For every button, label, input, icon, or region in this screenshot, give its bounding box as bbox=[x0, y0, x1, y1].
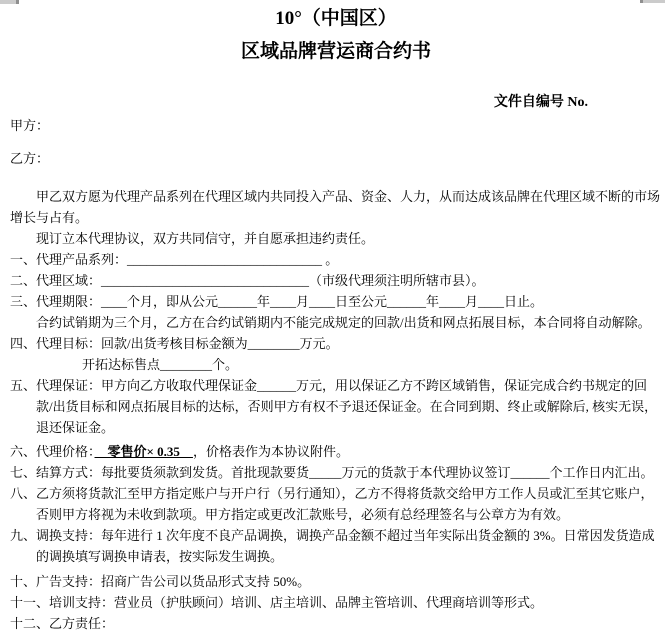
clause-6-agency-price: 六、代理价格： 零售价× 0.35 ，价格表作为本协议附件。 bbox=[10, 441, 662, 462]
clause-9-exchange-support: 九、调换支持：每年进行 1 次年度不良产品调换，调换产品金额不超过当年实际出货金… bbox=[10, 525, 662, 567]
clause-7-settlement-method: 七、结算方式：每批要货须款到发货。首批现款要货_____万元的货款于本代理协议签… bbox=[10, 462, 662, 483]
clause-5-agency-deposit: 五、代理保证：甲方向乙方收取代理保证金______万元，用以保证乙方不跨区域销售… bbox=[10, 375, 662, 438]
contract-document-page: 10°（中国区） 区域品牌营运商合约书 文件自编号 No. 甲方： 乙方： 甲乙… bbox=[0, 0, 665, 634]
document-content: 10°（中国区） 区域品牌营运商合约书 文件自编号 No. 甲方： 乙方： 甲乙… bbox=[0, 0, 665, 634]
document-title-brand: 10°（中国区） bbox=[10, 0, 662, 31]
document-number-label: 文件自编号 No. bbox=[10, 94, 662, 112]
intro-paragraph: 甲乙双方愿为代理产品系列在代理区域内共同投入产品、资金、人力，从而达成该品牌在代… bbox=[10, 186, 662, 228]
clause-6-prefix: 六、代理价格： bbox=[10, 444, 95, 459]
page-edge-artifact-right bbox=[640, 0, 665, 3]
clause-4-agency-target: 四、代理目标：回款/出货考核目标金额为________万元。 bbox=[10, 333, 662, 354]
clause-10-advertising-support: 十、广告支持：招商广告公司以货品形式支持 50%。 bbox=[10, 571, 662, 592]
clause-4-outlet-target-subline: 开拓达标售点________个。 bbox=[10, 354, 662, 375]
document-title-main: 区域品牌营运商合约书 bbox=[10, 40, 662, 64]
page-edge-artifact-left bbox=[0, 0, 19, 4]
clause-3-agency-term: 三、代理期限：____个月，即从公元______年____月____日至公元__… bbox=[10, 291, 662, 312]
party-b-label: 乙方： bbox=[10, 148, 662, 169]
clause-2-agency-region: 二、代理区域：________________________________（… bbox=[10, 270, 662, 291]
intro-paragraph-2: 现订立本代理协议，双方共同信守，并自愿承担违约责任。 bbox=[10, 228, 662, 249]
clause-6-suffix: ，价格表作为本协议附件。 bbox=[193, 444, 349, 459]
clause-1-product-series: 一、代理产品系列：______________________________ … bbox=[10, 249, 662, 270]
party-a-label: 甲方： bbox=[10, 115, 662, 136]
clause-6-price-formula-value: 零售价× 0.35 bbox=[95, 444, 193, 459]
clause-8-payment-account: 八、乙方须将货款汇至甲方指定账户与开户行（另行通知），乙方不得将货款交给甲方工作… bbox=[10, 483, 662, 525]
clause-11-training-support: 十一、培训支持：营业员（护肤顾问）培训、店主培训、品牌主管培训、代理商培训等形式… bbox=[10, 592, 662, 613]
clause-12-party-b-responsibility: 十二、乙方责任： bbox=[10, 613, 662, 634]
clause-3-trial-period-note: 合约试销期为三个月，乙方在合约试销期内不能完成规定的回款/出货和网点拓展目标，本… bbox=[10, 312, 662, 333]
